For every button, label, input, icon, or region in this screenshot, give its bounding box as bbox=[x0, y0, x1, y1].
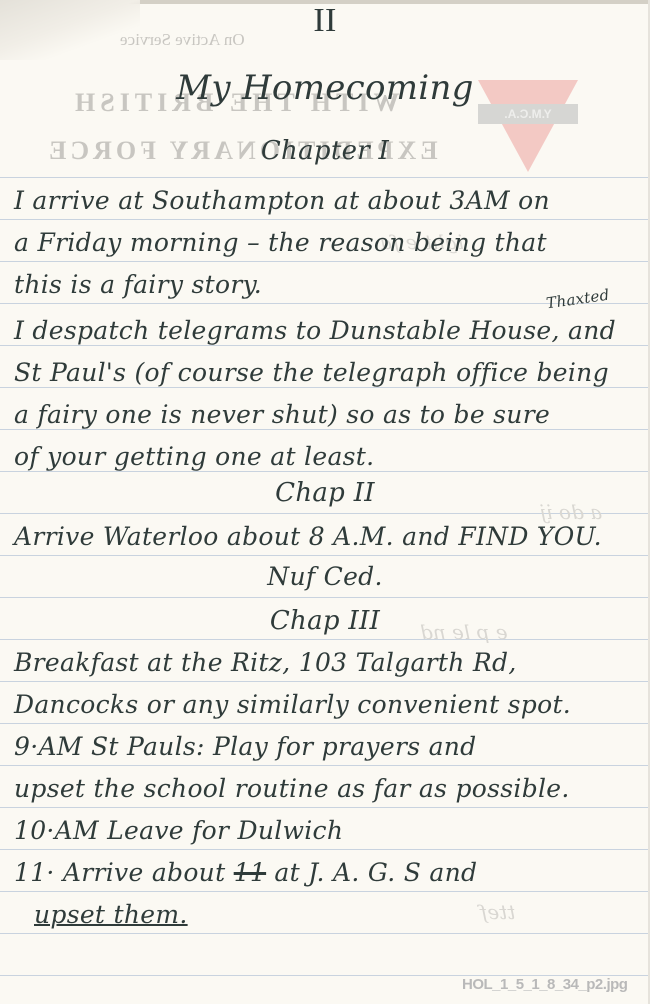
ruled-line bbox=[0, 849, 648, 850]
chapter-2-line: Nuf Ced. bbox=[0, 562, 650, 591]
reverse-writing-ghost: ttef bbox=[480, 900, 515, 924]
ruled-line bbox=[0, 681, 648, 682]
chapter-3-line: Dancocks or any similarly convenient spo… bbox=[14, 690, 571, 719]
ruled-line bbox=[0, 429, 648, 430]
chapter-3-line: upset the school routine as far as possi… bbox=[14, 774, 570, 803]
ruled-line bbox=[0, 933, 648, 934]
chapter-2-heading: Chap II bbox=[0, 478, 650, 508]
ruled-line bbox=[0, 555, 648, 556]
line-text: 11· Arrive about bbox=[14, 858, 225, 887]
part-number: II bbox=[0, 2, 650, 40]
ruled-line bbox=[0, 471, 648, 472]
chapter-1-line: a fairy one is never shut) so as to be s… bbox=[14, 400, 550, 429]
ruled-line bbox=[0, 891, 648, 892]
chapter-3-line: 11· Arrive about 11 at J. A. G. S and bbox=[14, 858, 477, 887]
chapter-2-line: Arrive Waterloo about 8 A.M. and FIND YO… bbox=[14, 522, 602, 551]
manuscript-title: My Homecoming bbox=[0, 68, 650, 108]
chapter-1-line: of your getting one at least. bbox=[14, 442, 374, 471]
letter-page: On Active Service WITH THE BRITISH EXPED… bbox=[0, 0, 650, 1004]
ruled-line bbox=[0, 387, 648, 388]
chapter-1-line: a Friday morning – the reason being that bbox=[14, 228, 547, 257]
ruled-line bbox=[0, 723, 648, 724]
chapter-1-line: St Paul's (of course the telegraph offic… bbox=[14, 358, 609, 387]
line-text: at J. A. G. S and bbox=[274, 858, 477, 887]
chapter-1-line: I arrive at Southampton at about 3AM on bbox=[14, 186, 550, 215]
chapter-3-line: 9·AM St Pauls: Play for prayers and bbox=[14, 732, 476, 761]
ruled-line bbox=[0, 765, 648, 766]
ruled-line bbox=[0, 345, 648, 346]
chapter-1-heading: Chapter I bbox=[0, 136, 650, 166]
chapter-3-line: upset them. bbox=[34, 900, 188, 929]
chapter-3-heading: Chap III bbox=[0, 606, 650, 636]
ruled-line bbox=[0, 177, 648, 178]
struck-out-text: 11 bbox=[234, 858, 266, 887]
filename-label: HOL_1_5_1_8_34_p2.jpg bbox=[462, 976, 627, 993]
caret-insertion: Thaxted bbox=[545, 286, 611, 313]
ruled-line bbox=[0, 807, 648, 808]
ruled-line bbox=[0, 597, 648, 598]
chapter-1-line: this is a fairy story. bbox=[14, 270, 262, 299]
chapter-1-line: I despatch telegrams to Dunstable House,… bbox=[14, 316, 616, 345]
ruled-line bbox=[0, 219, 648, 220]
chapter-3-line: 10·AM Leave for Dulwich bbox=[14, 816, 343, 845]
ruled-line bbox=[0, 261, 648, 262]
chapter-3-line: Breakfast at the Ritz, 103 Talgarth Rd, bbox=[14, 648, 517, 677]
ruled-line bbox=[0, 639, 648, 640]
